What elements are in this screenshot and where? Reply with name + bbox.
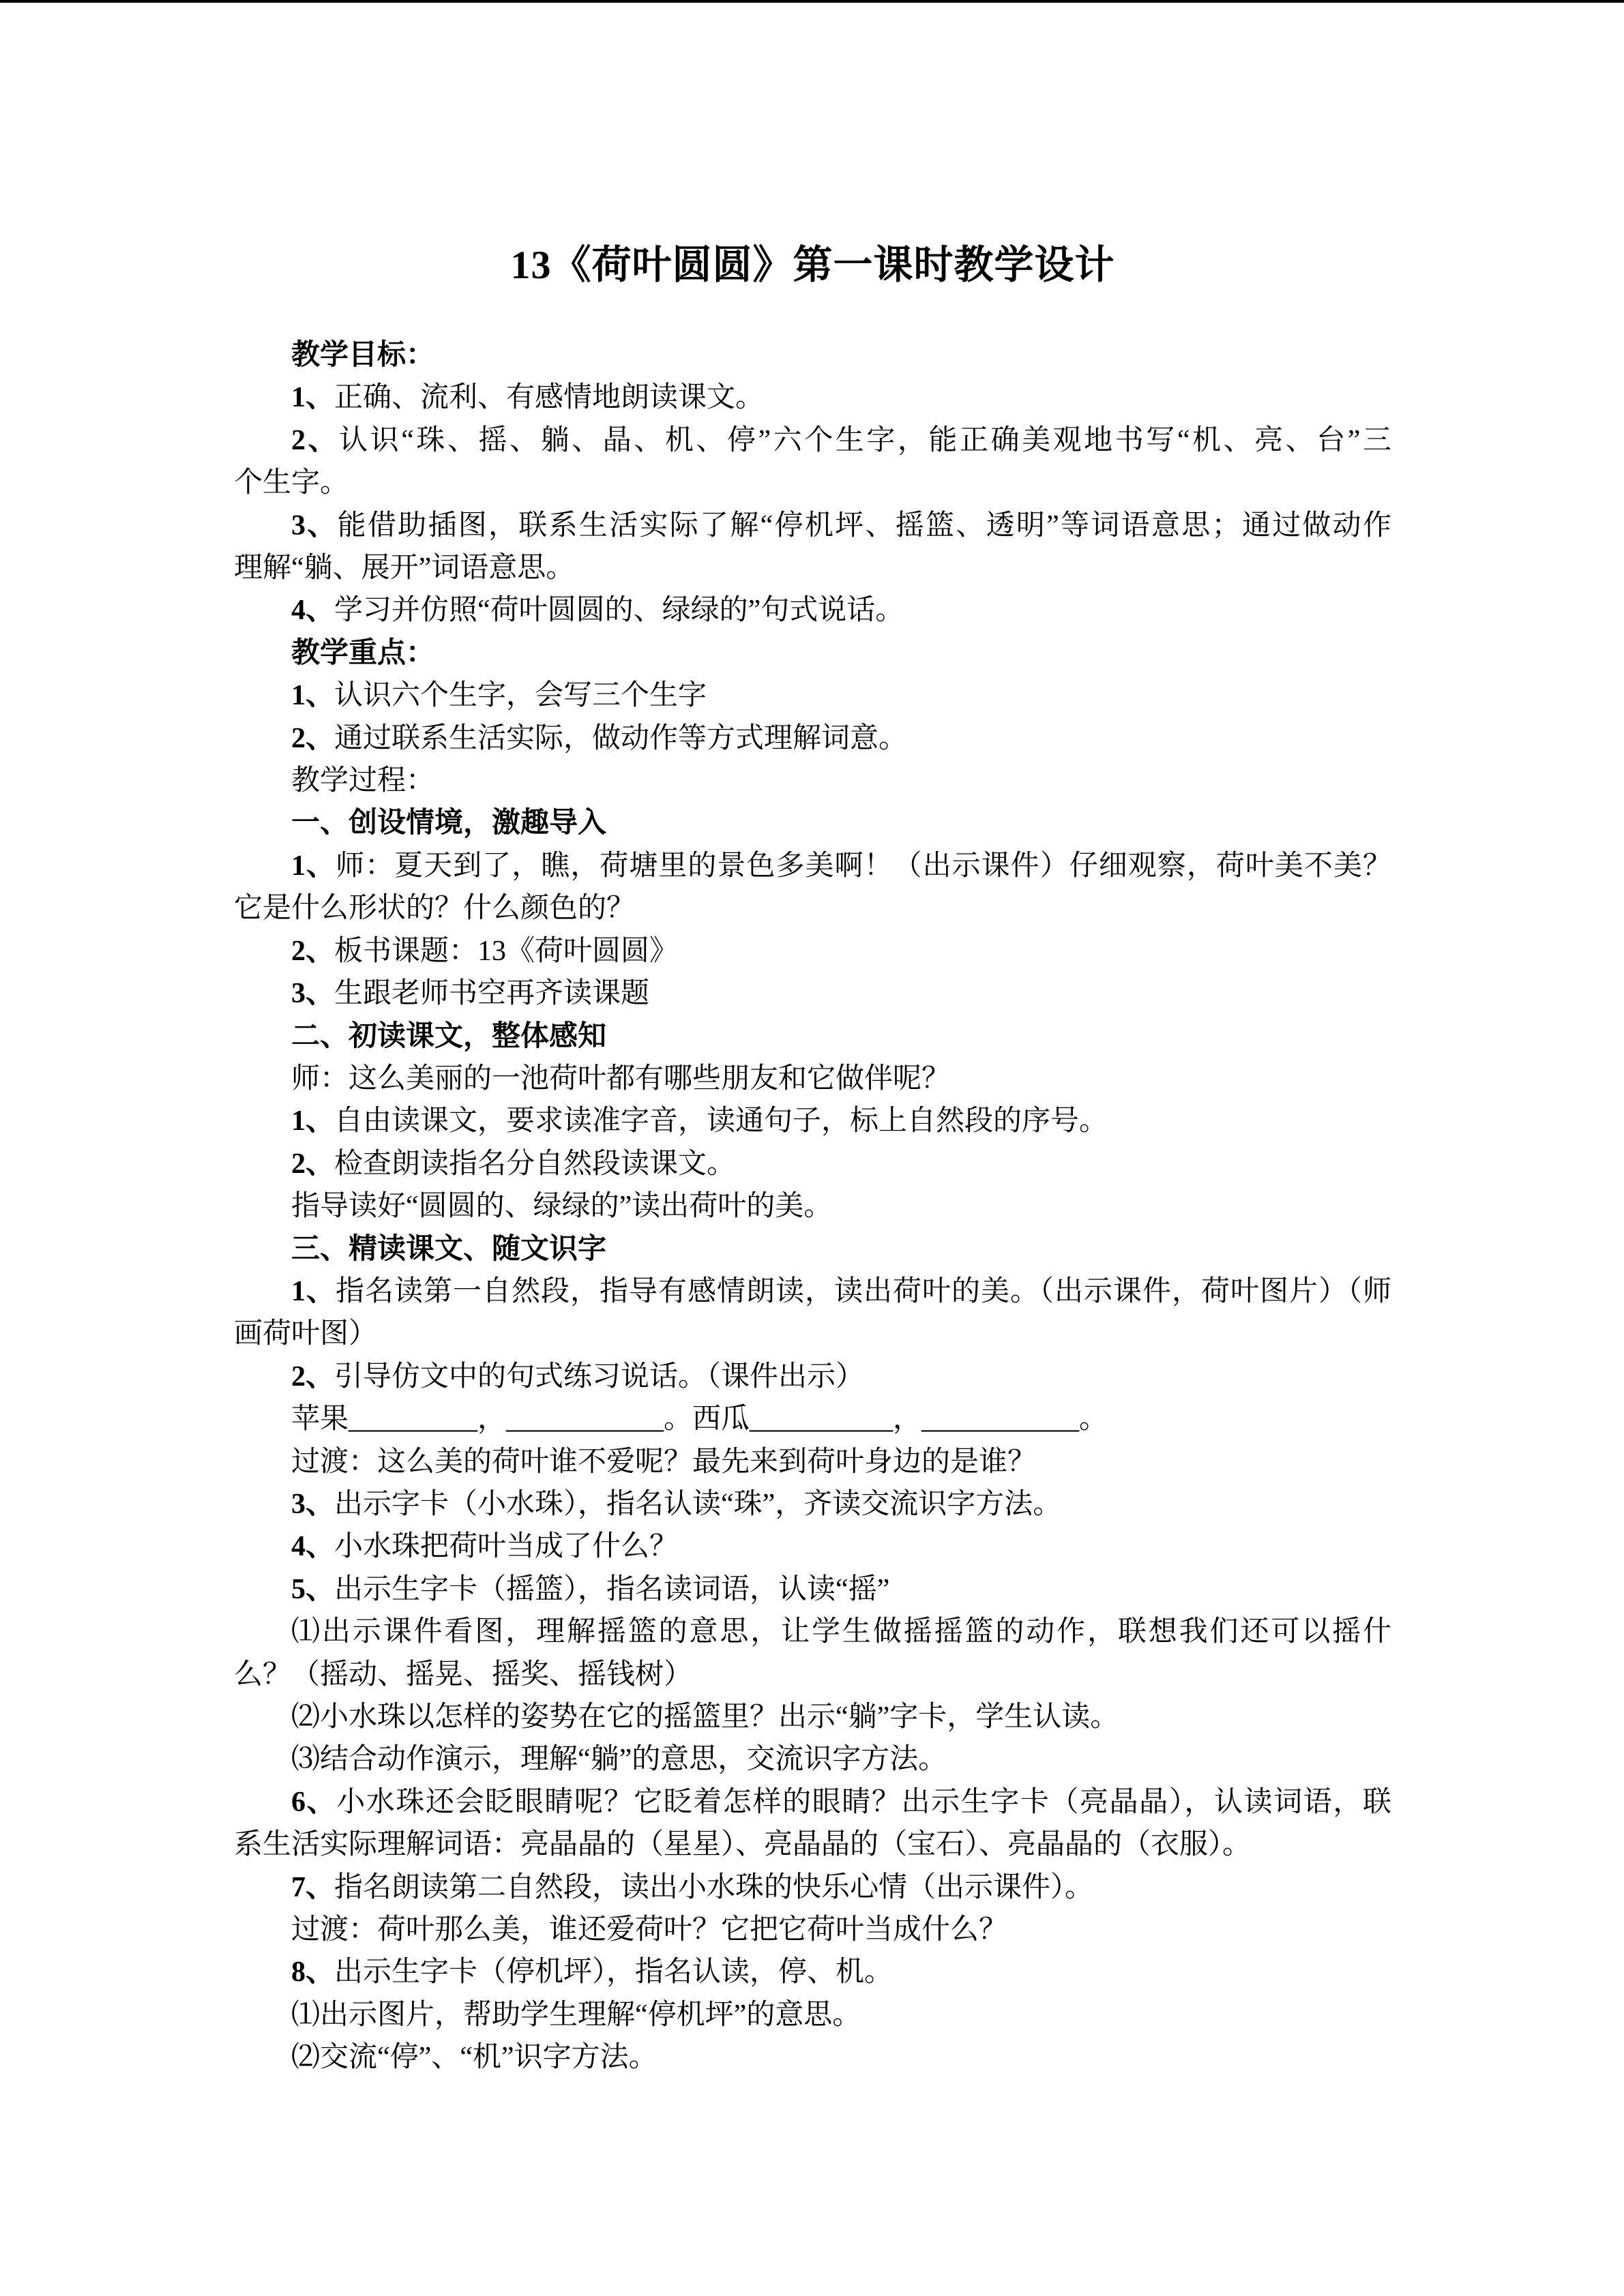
section-heading: 教学重点： bbox=[234, 632, 1391, 674]
list-number: 1、 bbox=[291, 680, 334, 711]
text-line: ⑵小水珠以怎样的姿势在它的摇篮里？出示“躺”字卡，学生认读。 bbox=[234, 1696, 1391, 1738]
list-number: 1、 bbox=[291, 1105, 334, 1137]
list-number: 2、 bbox=[291, 1148, 334, 1180]
text-line: 6、小水珠还会眨眼睛呢？它眨着怎样的眼睛？出示生字卡（亮晶晶），认读词语，联 bbox=[234, 1781, 1391, 1823]
section-heading: 教学目标： bbox=[234, 334, 1391, 376]
list-number: 7、 bbox=[291, 1872, 334, 1903]
line-text: ⑶结合动作演示，理解“躺”的意思，交流识字方法。 bbox=[291, 1744, 947, 1775]
line-text: 通过联系生活实际，做动作等方式理解词意。 bbox=[334, 723, 907, 754]
line-text: 板书课题：13《荷叶圆圆》 bbox=[334, 936, 678, 967]
list-number: 5、 bbox=[291, 1574, 334, 1605]
text-line: 3、出示字卡（小水珠），指名认读“珠”，齐读交流识字方法。 bbox=[234, 1483, 1391, 1525]
text-line: 画荷叶图） bbox=[234, 1313, 1391, 1355]
line-text: 系生活实际理解词语：亮晶晶的（星星）、亮晶晶的（宝石）、亮晶晶的（衣服）。 bbox=[234, 1829, 1251, 1860]
list-number: 2、 bbox=[291, 1361, 334, 1392]
text-line: 3、生跟老师书空再齐读课题 bbox=[234, 972, 1391, 1015]
line-text: 三、精读课文、随文识字 bbox=[291, 1234, 606, 1265]
line-text: ⑵交流“停”、“机”识字方法。 bbox=[291, 2042, 658, 2073]
document-content: 13《荷叶圆圆》第一课时教学设计 教学目标：1、正确、流利、有感情地朗读课文。2… bbox=[234, 0, 1391, 2079]
line-text: 教学过程： bbox=[291, 765, 434, 796]
list-number: 2、 bbox=[291, 936, 334, 967]
line-text: 认识六个生字，会写三个生字 bbox=[334, 680, 707, 711]
text-line: 2、认识“珠、摇、躺、晶、机、停”六个生字，能正确美观地书写“机、亮、台”三 bbox=[234, 419, 1391, 462]
line-text: 认识“珠、摇、躺、晶、机、停”六个生字，能正确美观地书写“机、亮、台”三 bbox=[339, 425, 1391, 456]
line-text: 个生字。 bbox=[234, 467, 349, 498]
line-text: 画荷叶图） bbox=[234, 1318, 377, 1350]
line-text: 教学目标： bbox=[291, 340, 434, 371]
list-number: 6、 bbox=[291, 1787, 336, 1818]
text-line: 7、指名朗读第二自然段，读出小水珠的快乐心情（出示课件）。 bbox=[234, 1866, 1391, 1909]
line-text: 一、创设情境，激趣导入 bbox=[291, 807, 606, 839]
list-number: 2、 bbox=[291, 425, 339, 456]
document-page: 13《荷叶圆圆》第一课时教学设计 教学目标：1、正确、流利、有感情地朗读课文。2… bbox=[0, 0, 1624, 2296]
line-text: 出示字卡（小水珠），指名认读“珠”，齐读交流识字方法。 bbox=[334, 1489, 1061, 1520]
line-text: 指名朗读第二自然段，读出小水珠的快乐心情（出示课件）。 bbox=[334, 1872, 1093, 1903]
line-text: 教学重点： bbox=[291, 638, 434, 669]
text-line: 个生字。 bbox=[234, 462, 1391, 504]
line-text: 理解“躺、展开”词语意思。 bbox=[234, 552, 574, 584]
text-line: ⑴出示图片，帮助学生理解“停机坪”的意思。 bbox=[234, 1994, 1391, 2036]
text-line: 苹果_________，___________。西瓜__________，___… bbox=[234, 1398, 1391, 1440]
line-text: 正确、流利、有感情地朗读课文。 bbox=[334, 382, 764, 413]
line-text: ⑴出示图片，帮助学生理解“停机坪”的意思。 bbox=[291, 1999, 861, 2031]
line-text: 过渡：荷叶那么美，谁还爱荷叶？它把它荷叶当成什么？ bbox=[291, 1914, 1007, 1945]
line-text: 出示生字卡（摇篮），指名读词语，认读“摇” bbox=[334, 1574, 889, 1605]
text-line: 1、正确、流利、有感情地朗读课文。 bbox=[234, 376, 1391, 419]
list-number: 1、 bbox=[291, 1276, 336, 1307]
line-text: 生跟老师书空再齐读课题 bbox=[334, 978, 649, 1009]
section-heading: 一、创设情境，激趣导入 bbox=[234, 802, 1391, 844]
text-line: ⑴出示课件看图，理解摇篮的意思，让学生做摇摇篮的动作，联想我们还可以摇什 bbox=[234, 1611, 1391, 1653]
text-line: 4、小水珠把荷叶当成了什么？ bbox=[234, 1525, 1391, 1568]
section-heading: 三、精读课文、随文识字 bbox=[234, 1228, 1391, 1270]
list-number: 2、 bbox=[291, 723, 334, 754]
line-text: 引导仿文中的句式练习说话。（课件出示） bbox=[334, 1361, 864, 1392]
list-number: 3、 bbox=[291, 510, 338, 541]
text-line: 4、学习并仿照“荷叶圆圆的、绿绿的”句式说话。 bbox=[234, 589, 1391, 631]
text-line: 8、出示生字卡（停机坪），指名认读，停、机。 bbox=[234, 1951, 1391, 1993]
text-line: 过渡：这么美的荷叶谁不爱呢？最先来到荷叶身边的是谁？ bbox=[234, 1441, 1391, 1483]
line-text: 学习并仿照“荷叶圆圆的、绿绿的”句式说话。 bbox=[334, 595, 904, 626]
text-line: 2、通过联系生活实际，做动作等方式理解词意。 bbox=[234, 717, 1391, 760]
text-line: 么？（摇动、摇晃、摇奖、摇钱树） bbox=[234, 1654, 1391, 1696]
text-line: 1、自由读课文，要求读准字音，读通句子，标上自然段的序号。 bbox=[234, 1100, 1391, 1142]
text-line: 系生活实际理解词语：亮晶晶的（星星）、亮晶晶的（宝石）、亮晶晶的（衣服）。 bbox=[234, 1823, 1391, 1866]
list-number: 3、 bbox=[291, 1489, 334, 1520]
line-text: 能借助插图，联系生活实际了解“停机坪、摇篮、透明”等词语意思；通过做动作 bbox=[338, 510, 1391, 541]
list-number: 1、 bbox=[291, 850, 336, 882]
list-number: 4、 bbox=[291, 595, 334, 626]
line-text: ⑵小水珠以怎样的姿势在它的摇篮里？出示“躺”字卡，学生认读。 bbox=[291, 1701, 1119, 1733]
text-line: 它是什么形状的？什么颜色的？ bbox=[234, 887, 1391, 929]
line-text: 出示生字卡（停机坪），指名认读，停、机。 bbox=[334, 1956, 893, 1988]
line-text: 师：这么美丽的一池荷叶都有哪些朋友和它做伴呢？ bbox=[291, 1063, 950, 1094]
line-text: 么？（摇动、摇晃、摇奖、摇钱树） bbox=[234, 1659, 692, 1690]
text-line: 过渡：荷叶那么美，谁还爱荷叶？它把它荷叶当成什么？ bbox=[234, 1909, 1391, 1951]
list-number: 8、 bbox=[291, 1956, 334, 1988]
line-text: ⑴出示课件看图，理解摇篮的意思，让学生做摇摇篮的动作，联想我们还可以摇什 bbox=[291, 1616, 1391, 1648]
line-text: 二、初读课文，整体感知 bbox=[291, 1021, 606, 1052]
line-text: 苹果_________，___________。西瓜__________，___… bbox=[291, 1403, 1108, 1435]
text-line: ⑵交流“停”、“机”识字方法。 bbox=[234, 2036, 1391, 2078]
text-line: 2、板书课题：13《荷叶圆圆》 bbox=[234, 930, 1391, 972]
line-text: 过渡：这么美的荷叶谁不爱呢？最先来到荷叶身边的是谁？ bbox=[291, 1446, 1036, 1478]
text-line: ⑶结合动作演示，理解“躺”的意思，交流识字方法。 bbox=[234, 1738, 1391, 1780]
text-line: 1、指名读第一自然段，指导有感情朗读，读出荷叶的美。（出示课件，荷叶图片）（师 bbox=[234, 1270, 1391, 1313]
list-number: 4、 bbox=[291, 1531, 334, 1562]
line-text: 指导读好“圆圆的、绿绿的”读出荷叶的美。 bbox=[291, 1191, 832, 1222]
text-line: 3、能借助插图，联系生活实际了解“停机坪、摇篮、透明”等词语意思；通过做动作 bbox=[234, 505, 1391, 547]
line-text: 小水珠还会眨眼睛呢？它眨着怎样的眼睛？出示生字卡（亮晶晶），认读词语，联 bbox=[336, 1787, 1391, 1818]
text-line: 1、师：夏天到了，瞧，荷塘里的景色多美啊！（出示课件）仔细观察，荷叶美不美？ bbox=[234, 845, 1391, 887]
text-line: 2、检查朗读指名分自然段读课文。 bbox=[234, 1143, 1391, 1185]
document-title: 13《荷叶圆圆》第一课时教学设计 bbox=[234, 243, 1391, 288]
text-line: 指导读好“圆圆的、绿绿的”读出荷叶的美。 bbox=[234, 1185, 1391, 1227]
text-line: 理解“躺、展开”词语意思。 bbox=[234, 547, 1391, 589]
section-heading: 二、初读课文，整体感知 bbox=[234, 1015, 1391, 1058]
text-line: 教学过程： bbox=[234, 760, 1391, 802]
list-number: 3、 bbox=[291, 978, 334, 1009]
line-text: 师：夏天到了，瞧，荷塘里的景色多美啊！（出示课件）仔细观察，荷叶美不美？ bbox=[336, 850, 1391, 882]
line-text: 指名读第一自然段，指导有感情朗读，读出荷叶的美。（出示课件，荷叶图片）（师 bbox=[336, 1276, 1391, 1307]
line-text: 自由读课文，要求读准字音，读通句子，标上自然段的序号。 bbox=[334, 1105, 1108, 1137]
line-text: 它是什么形状的？什么颜色的？ bbox=[234, 893, 635, 924]
text-line: 5、出示生字卡（摇篮），指名读词语，认读“摇” bbox=[234, 1568, 1391, 1611]
line-text: 小水珠把荷叶当成了什么？ bbox=[334, 1531, 678, 1562]
text-line: 1、认识六个生字，会写三个生字 bbox=[234, 674, 1391, 717]
line-text: 检查朗读指名分自然段读课文。 bbox=[334, 1148, 735, 1180]
text-line: 师：这么美丽的一池荷叶都有哪些朋友和它做伴呢？ bbox=[234, 1058, 1391, 1100]
paragraph-lines: 教学目标：1、正确、流利、有感情地朗读课文。2、认识“珠、摇、躺、晶、机、停”六… bbox=[234, 334, 1391, 2079]
text-line: 2、引导仿文中的句式练习说话。（课件出示） bbox=[234, 1356, 1391, 1398]
list-number: 1、 bbox=[291, 382, 334, 413]
